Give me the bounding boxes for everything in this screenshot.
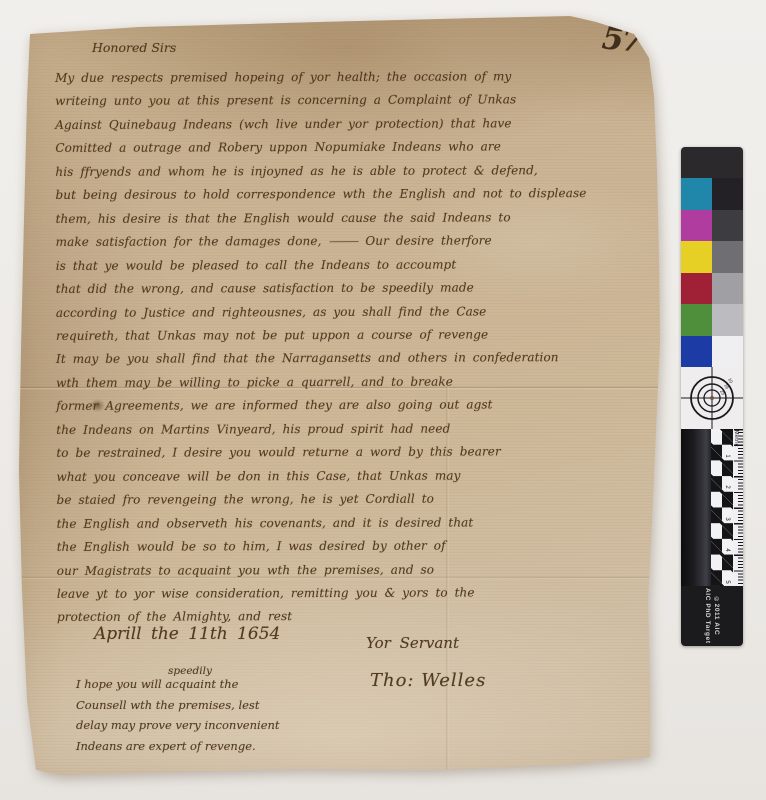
ruler-number-1: 1 xyxy=(724,451,730,461)
manuscript-line: the English would be so to him, I was de… xyxy=(57,534,588,559)
patch-row-yellow xyxy=(681,241,743,273)
gray-patch xyxy=(712,178,743,210)
ruler-ticks xyxy=(733,429,743,586)
letter-body: My due respects premised hopeing of yor … xyxy=(55,65,588,630)
gray-patch xyxy=(712,241,743,273)
blue-patch xyxy=(681,336,712,368)
postscript-lines: I hope you will acquaint theCounsell wth… xyxy=(76,674,280,756)
postscript-line: Counsell wth the premises, lest xyxy=(76,695,280,716)
manuscript-line: be staied fro revengeing the wrong, he i… xyxy=(56,487,587,512)
manuscript-line: writeing unto you at this present is con… xyxy=(55,89,586,114)
black-patch xyxy=(681,147,743,178)
yellow-patch xyxy=(681,241,712,273)
photograph: 57 Honored Sirs My due respects premised… xyxy=(0,0,766,800)
manuscript-line: to be restrained, I desire you would ret… xyxy=(56,440,587,465)
green-patch xyxy=(681,304,712,336)
paper-shadow-wrap: 57 Honored Sirs My due respects premised… xyxy=(0,0,766,800)
patch-row-green xyxy=(681,304,743,336)
manuscript-page: 57 Honored Sirs My due respects premised… xyxy=(0,0,766,800)
page-number: 57 xyxy=(601,20,643,59)
ruler-number-3: 3 xyxy=(724,514,730,524)
patch-row-magenta xyxy=(681,210,743,242)
target-footer: AIC PhD Target ©2011 AIC xyxy=(681,586,743,646)
manuscript-line: make satisfaction for the damages done, … xyxy=(56,229,587,254)
ruler-number-4: 4 xyxy=(724,545,730,555)
target-footer-copyright: ©2011 AIC xyxy=(713,596,720,635)
manuscript-line: the Indeans on Martins Vinyeard, his pro… xyxy=(56,417,587,442)
salutation: Honored Sirs xyxy=(92,40,176,55)
gray-patch xyxy=(712,336,743,368)
signature: Tho: Welles xyxy=(370,670,486,691)
manuscript-line: Comitted a outrage and Robery uppon Nopu… xyxy=(55,135,586,160)
gray-patch xyxy=(712,210,743,242)
ruler-metric-label: Metric xyxy=(733,430,739,447)
date-line: Aprill the 11th 1654 xyxy=(94,624,280,644)
patch-row-cyan xyxy=(681,178,743,210)
calibration-target: 10 16 25 Metric 12345 AIC PhD Target ©20… xyxy=(681,147,743,646)
manuscript-line: the English and observeth his covenants,… xyxy=(57,511,588,536)
postscript-line: delay may prove very inconvenient xyxy=(76,715,280,736)
target-footer-title: AIC PhD Target xyxy=(704,588,711,644)
manuscript-line: according to Justice and righteousnes, a… xyxy=(56,300,587,325)
ruler-number-2: 2 xyxy=(724,482,730,492)
manuscript-line: his ffryends and whom he is injoyned as … xyxy=(55,159,586,184)
manuscript-line: Against Quinebaug Indeans (wch live unde… xyxy=(55,112,586,137)
postscript-insertion: speedily xyxy=(168,661,212,682)
resolution-target-graphic: 10 16 25 xyxy=(681,367,743,429)
closing: Yor Servant xyxy=(366,634,459,652)
manuscript-line: is that ye would be pleased to call the … xyxy=(56,253,587,278)
patch-row-blue xyxy=(681,336,743,368)
gray-patch xyxy=(712,304,743,336)
manuscript-line: what you conceave will be don in this Ca… xyxy=(56,464,587,489)
resolution-target: 10 16 25 xyxy=(681,367,743,429)
gray-patch xyxy=(712,273,743,305)
manuscript-line: wth them may be willing to picke a quarr… xyxy=(56,370,587,395)
red-patch xyxy=(681,273,712,305)
manuscript-line: that did the wrong, and cause satisfacti… xyxy=(56,276,587,301)
manuscript-line: them, his desire is that the English wou… xyxy=(56,206,587,231)
cyan-patch xyxy=(681,178,712,210)
metric-ruler: Metric 12345 xyxy=(681,429,743,586)
color-patch-grid xyxy=(681,178,743,367)
gloss-black-bar xyxy=(681,429,711,586)
patch-row-red xyxy=(681,273,743,305)
manuscript-line: but being desirous to hold correspondenc… xyxy=(55,182,586,207)
manuscript-line: requireth, that Unkas may not be put upp… xyxy=(56,323,587,348)
postscript-line: Indeans are expert of revenge. xyxy=(76,736,280,757)
manuscript-line: It may be you shall find that the Narrag… xyxy=(56,347,587,372)
ruler-number-5: 5 xyxy=(724,577,730,587)
manuscript-line: former Agreements, we are informed they … xyxy=(56,393,587,418)
manuscript-line: leave yt to yor wise consideration, remi… xyxy=(57,581,588,606)
manuscript-line: our Magistrats to acquaint you wth the p… xyxy=(57,558,588,583)
postscript: speedily I hope you will acquaint theCou… xyxy=(76,674,280,756)
manuscript-line: My due respects premised hopeing of yor … xyxy=(55,65,586,90)
magenta-patch xyxy=(681,210,712,242)
